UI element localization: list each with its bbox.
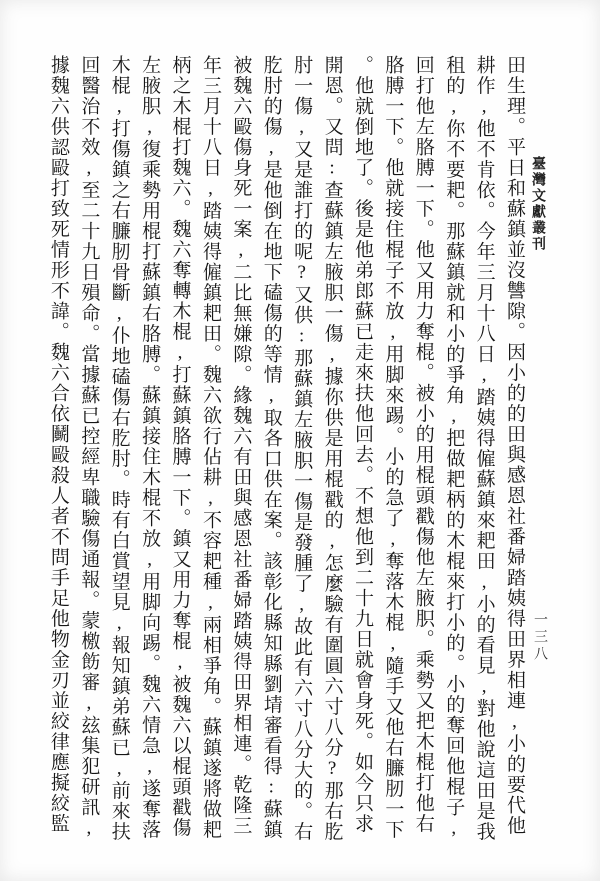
text-column: 租的,你不要耙。那蘇鎮就和小的爭角,把做耙柄的木棍來打小的。小的奪回他棍子, <box>438 55 468 839</box>
text-column: 木棍,打傷鎮之右臁肕骨斷,仆地磕傷右肐肘。時有白賞望見,報知鎮弟蘇已,前來扶 <box>103 55 133 839</box>
text-column: 柄之木棍打魏六。魏六奪轉木棍,打蘇鎮胳膊一下。鎮又用力奪棍,被魏六以棍頭戳傷 <box>164 55 194 839</box>
text-column: 耕作,他不肯依。今年三月十八日,踏姨得僱蘇鎮來耙田,小的看見,對他說這田是我 <box>468 55 498 839</box>
text-column: 田生理。平日和蘇鎮並沒讐隙。因小的的田與感恩社番婦踏姨得田界相連,小的要代他 <box>499 55 529 839</box>
body-text-block: 田生理。平日和蘇鎮並沒讐隙。因小的的田與感恩社番婦踏姨得田界相連,小的要代他 耕… <box>43 55 530 839</box>
text-column: 。他就倒地了。後是他弟郎蘇已走來扶他回去。不想他到二十九日就會身死。如今只求 <box>347 55 377 839</box>
text-column: 回醫治不效,至二十九日殞命。當據蘇已控經卑職驗傷通報。蒙檄飭審,玆集犯研訊, <box>73 55 103 839</box>
text-column: 據魏六供認毆打致死情形不諱。魏六合依鬭毆殺人者不問手足他物金刃並絞律應擬絞監 <box>43 55 73 839</box>
text-column: 胳膊一下。他就接住棍子不放,用脚來踢。小的急了,奪落木棍,隨手又他右臁肕一下 <box>377 55 407 839</box>
series-running-header: 臺灣文獻叢刊 <box>527 156 547 252</box>
text-column: 回打他左胳膊一下。他又用力奪棍。被小的用棍頭戳傷他左腋胑。乘勢又把木棍打他右 <box>407 55 437 839</box>
text-column: 左腋胑,復乘勢用棍打蘇鎮右胳膊。蘇鎮接住木棍不放,用脚向踢。魏六情急,遂奪落 <box>134 55 164 839</box>
text-column: 年三月十八日,踏姨得僱鎮耙田。魏六欲行佔耕,不容耙種,兩相爭角。蘇鎮遂將做耙 <box>195 55 225 839</box>
page-number: 一三八 <box>529 612 549 663</box>
text-column: 肐肘的傷,是他倒在地下磕傷的等情,取各口供在案。該彰化縣知縣劉埥審看得:蘇鎮 <box>255 55 285 839</box>
text-column: 開恩。又問:查蘇鎮左腋胑一傷,據你供是用棍戳的,怎麼驗有圍圓六寸八分?那右肐 <box>316 55 346 839</box>
scanned-book-page: 臺灣文獻叢刊 一三八 田生理。平日和蘇鎮並沒讐隙。因小的的田與感恩社番婦踏姨得田… <box>0 0 600 881</box>
text-column: 肘一傷,又是誰打的呢?又供:那蘇鎮左腋胑一傷是發腫了,故此有六寸八分大的。右 <box>286 55 316 839</box>
text-column: 被魏六毆傷身死一案,二比無嫌隙。緣魏六有田與感恩社番婦踏姨得田界相連。乾隆三 <box>225 55 255 839</box>
